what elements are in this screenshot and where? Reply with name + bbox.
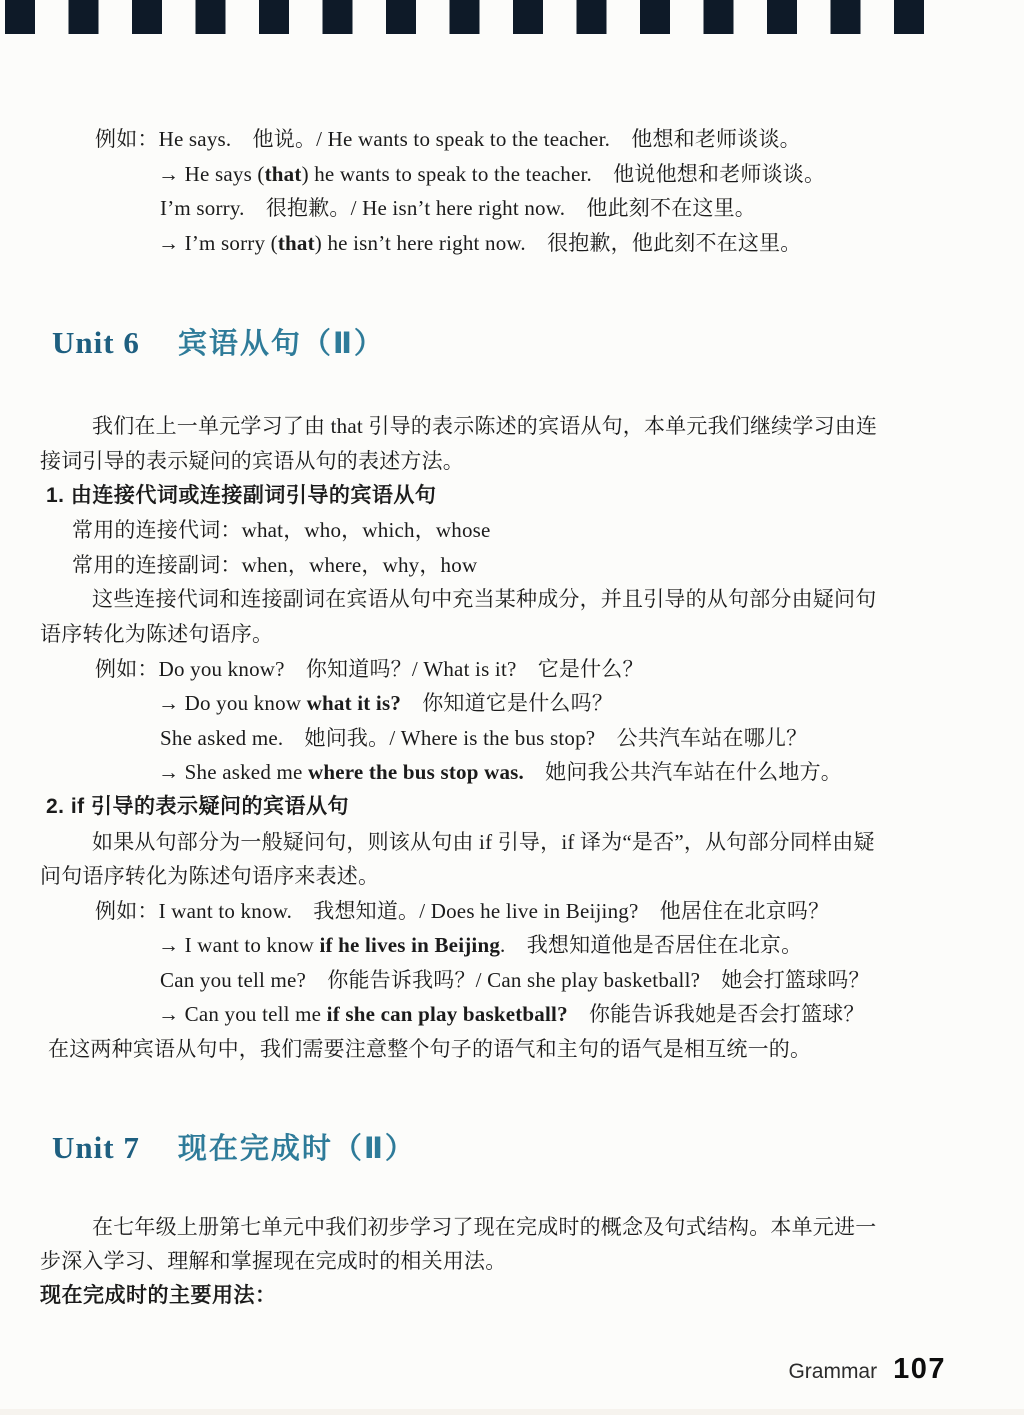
example-arrow-line: → Do you know what it is? 你知道它是什么吗？ [40,686,980,721]
footer-section-label: Grammar [788,1360,877,1384]
intro-example-block: 例如：He says. 他说。/ He wants to speak to th… [40,122,980,260]
body-line-emphasis: 现在完成时的主要用法： [40,1279,980,1314]
body-line: 在这两种宾语从句中，我们需要注意整个句子的语气和主句的语气是相互统一的。 [40,1032,980,1067]
example-line: 例如：I want to know. 我想知道。/ Does he live i… [40,894,980,929]
body-line: 问句语序转化为陈述句语序来表述。 [40,859,980,894]
page-bottom-edge [0,1409,1024,1415]
unit6-title: 宾语从句（Ⅱ） [178,328,385,360]
example-arrow-line: → I’m sorry (that) he isn’t here right n… [40,226,980,261]
unit7-body: 在七年级上册第七单元中我们初步学习了现在完成时的概念及句式结构。本单元进一 步深… [40,1210,980,1314]
example-arrow-line: → He says (that) he wants to speak to th… [40,157,980,192]
unit7-heading: Unit 7 现在完成时（Ⅱ） [52,1129,980,1170]
example-line: Can you tell me? 你能告诉我吗？/ Can she play b… [40,963,980,998]
numbered-point-line: 2. if 引导的表示疑问的宾语从句 [40,790,980,825]
body-line: 语序转化为陈述句语序。 [40,617,980,652]
example-line: 例如：Do you know? 你知道吗？/ What is it? 它是什么？ [40,652,980,687]
example-line: 例如：He says. 他说。/ He wants to speak to th… [40,122,980,157]
unit6-body: 我们在上一单元学习了由 that 引导的表示陈述的宾语从句，本单元我们继续学习由… [40,409,980,1066]
unit7-title: 现在完成时（Ⅱ） [178,1133,416,1165]
unit6-heading: Unit 6 宾语从句（Ⅱ） [52,324,980,365]
body-line: 接词引导的表示疑问的宾语从句的表述方法。 [40,444,980,479]
example-arrow-line: → Can you tell me if she can play basket… [40,997,980,1032]
footer-page-number: 107 [893,1353,946,1386]
numbered-point-line: 1. 由连接代词或连接副词引导的宾语从句 [40,479,980,514]
example-arrow-line: → I want to know if he lives in Beijing.… [40,928,980,963]
top-decoration-stripes [5,0,926,34]
body-line: 我们在上一单元学习了由 that 引导的表示陈述的宾语从句，本单元我们继续学习由… [40,409,980,444]
example-line: I’m sorry. 很抱歉。/ He isn’t here right now… [40,191,980,226]
body-line: 在七年级上册第七单元中我们初步学习了现在完成时的概念及句式结构。本单元进一 [40,1210,980,1245]
body-line: 步深入学习、理解和掌握现在完成时的相关用法。 [40,1244,980,1279]
body-line: 这些连接代词和连接副词在宾语从句中充当某种成分，并且引导的从句部分由疑问句 [40,582,980,617]
body-line: 常用的连接副词：when，where，why，how [40,548,980,583]
unit7-label: Unit 7 [52,1130,140,1165]
unit6-label: Unit 6 [52,325,140,360]
example-line: She asked me. 她问我。/ Where is the bus sto… [40,721,980,756]
body-line: 如果从句部分为一般疑问句，则该从句由 if 引导，if 译为“是否”，从句部分同… [40,825,980,860]
page-footer: Grammar 107 [40,1353,980,1386]
page-content: 例如：He says. 他说。/ He wants to speak to th… [0,122,1024,1386]
example-arrow-line: → She asked me where the bus stop was. 她… [40,755,980,790]
body-line: 常用的连接代词：what，who，which，whose [40,513,980,548]
